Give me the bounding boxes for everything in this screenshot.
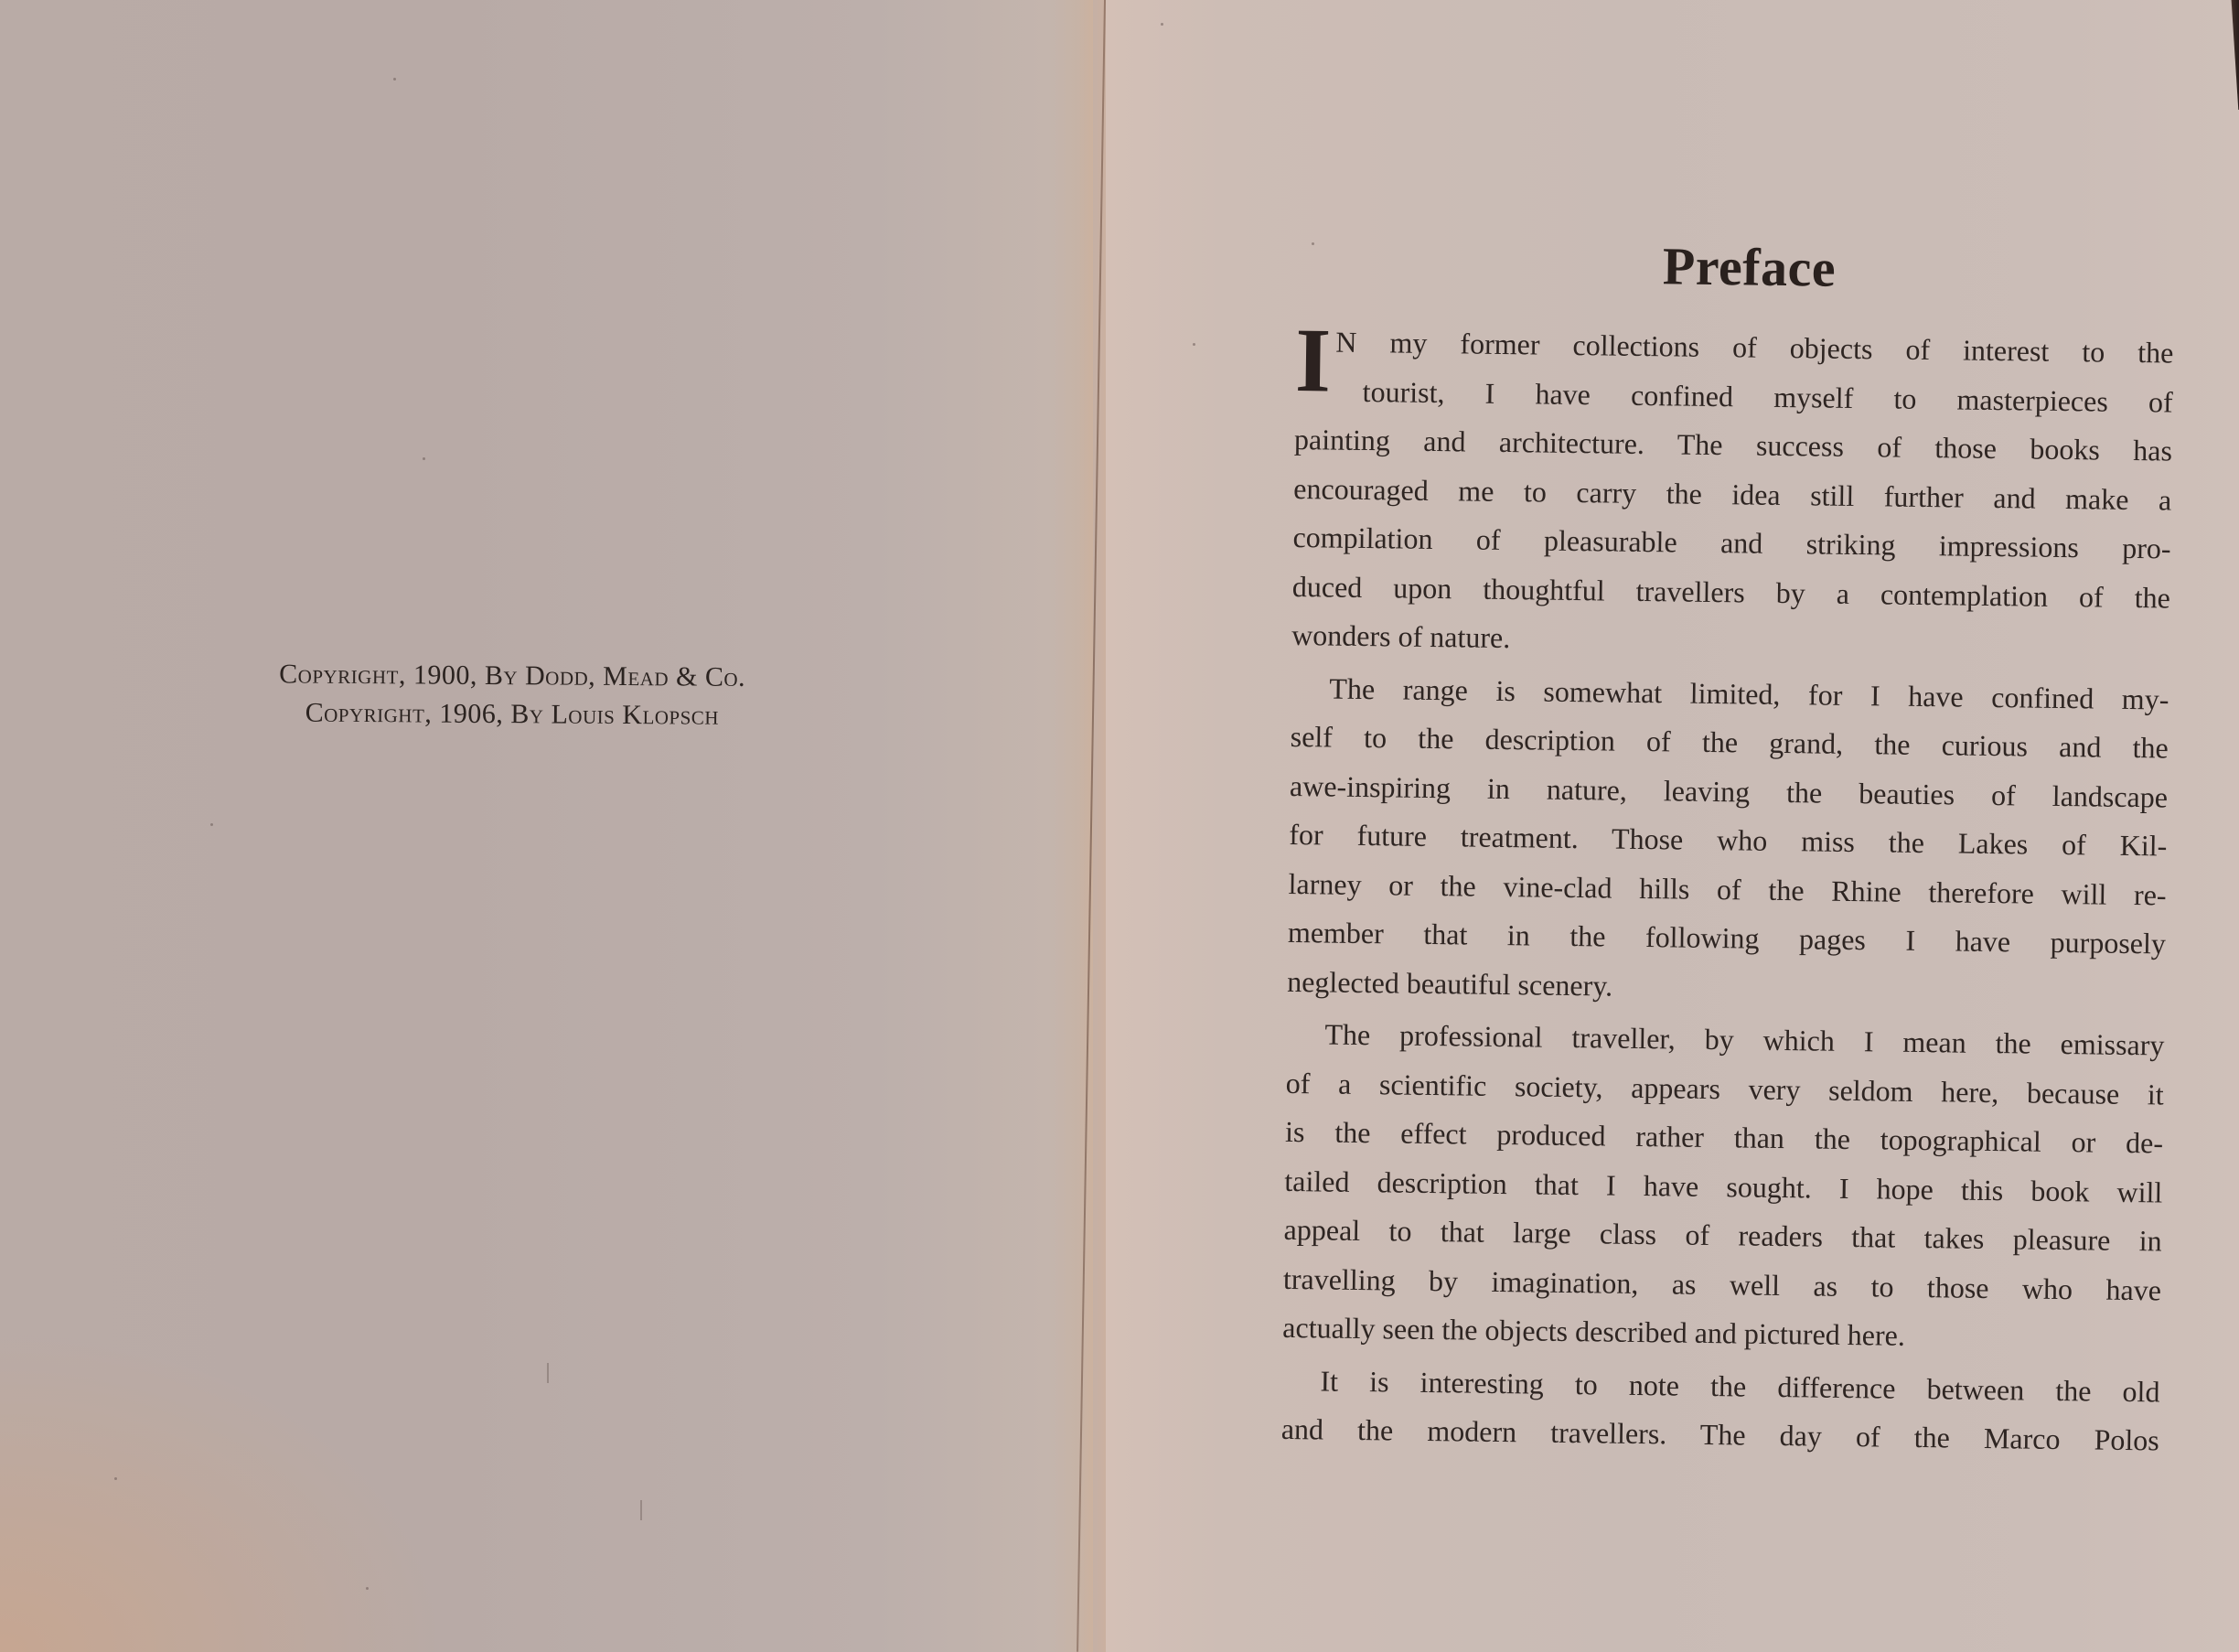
- left-page: Copyright, 1900, By Dodd, Mead & Co. Cop…: [0, 0, 1093, 1652]
- paragraph-3: The professional traveller, by which I m…: [1282, 1010, 2165, 1364]
- paper-speck: [210, 823, 213, 826]
- paper-speck: [423, 457, 425, 460]
- open-book-spread: Copyright, 1900, By Dodd, Mead & Co. Cop…: [0, 0, 2239, 1652]
- paper-scratch: [640, 1500, 642, 1520]
- paper-scratch: [547, 1363, 549, 1383]
- paper-speck: [393, 78, 396, 80]
- paper-speck: [1161, 23, 1163, 26]
- paragraph-1: I N my former collections of objects of …: [1291, 317, 2174, 671]
- paper-speck: [1193, 343, 1195, 346]
- copyright-line-1900: Copyright, 1900, By Dodd, Mead & Co.: [229, 655, 796, 697]
- book-cover-edge: [2226, 0, 2239, 110]
- drop-cap: I: [1295, 319, 1332, 402]
- copyright-notice: Copyright, 1900, By Dodd, Mead & Co. Cop…: [229, 655, 797, 735]
- page-title: Preface: [1296, 231, 2175, 304]
- preface-section: Preface I N my former collections of obj…: [1280, 231, 2174, 1465]
- paragraph-2: The range is somewhat limited, for I hav…: [1287, 663, 2169, 1017]
- paper-speck: [366, 1587, 369, 1590]
- paragraph-4: It is interesting to note the difference…: [1280, 1356, 2159, 1465]
- paper-speck: [114, 1477, 117, 1480]
- copyright-line-1906: Copyright, 1906, By Louis Klopsch: [229, 693, 796, 735]
